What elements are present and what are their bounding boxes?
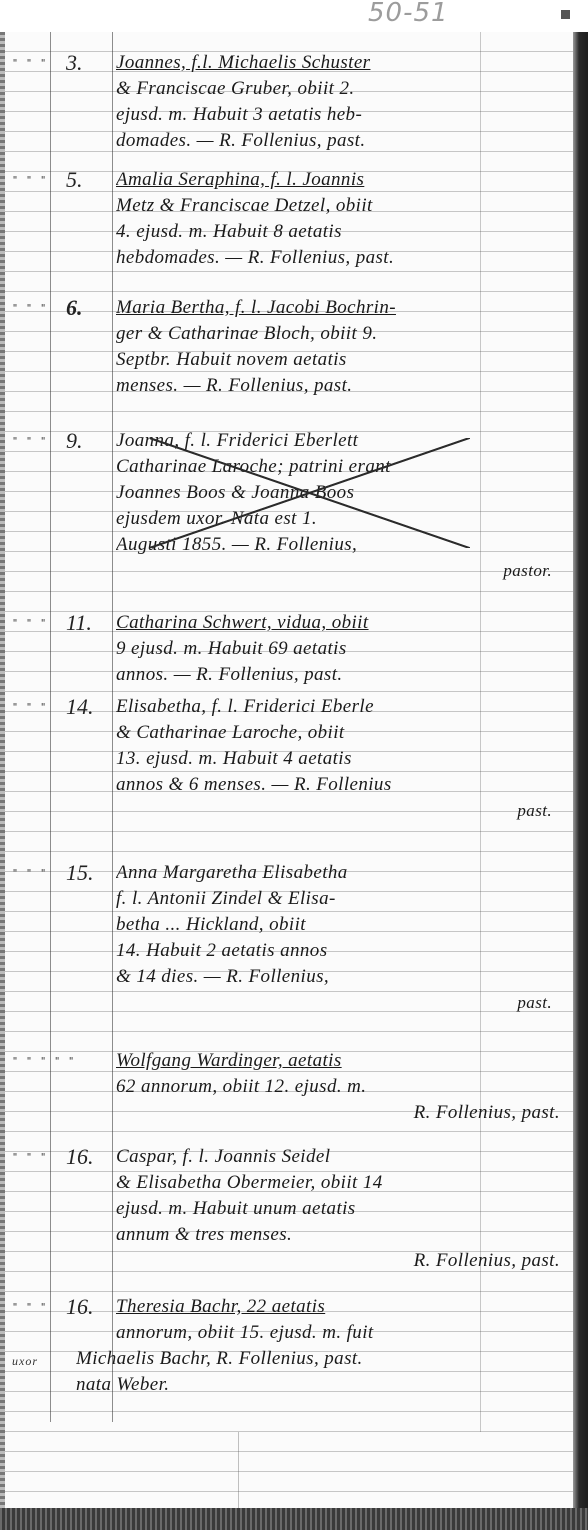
entry-line: Catharina Schwert, vidua, obiit xyxy=(116,610,566,636)
ditto-mark: " " " xyxy=(12,1302,52,1313)
entry-line: Augusti 1855. — R. Follenius, xyxy=(116,532,566,558)
ditto-mark: " " " xyxy=(12,303,52,314)
entry-day: 15. xyxy=(66,860,106,886)
entry-line: Metz & Franciscae Detzel, obiit xyxy=(116,193,566,219)
entry-day: 16. xyxy=(66,1294,106,1320)
entry-line: domades. — R. Follenius, past. xyxy=(116,128,566,154)
entry-signature: R. Follenius, past. xyxy=(116,1100,566,1126)
entry-line: ejusdem uxor. Nata est 1. xyxy=(116,506,566,532)
ditto-mark: " " " xyxy=(12,618,52,629)
entry-line: Amalia Seraphina, f. l. Joannis xyxy=(116,167,566,193)
entry-line: Caspar, f. l. Joannis Seidel xyxy=(116,1144,566,1170)
entry-line: annos. — R. Follenius, past. xyxy=(116,662,566,688)
entry-line: Joannes Boos & Joanna Boos xyxy=(116,480,566,506)
entry-day: 9. xyxy=(66,428,106,454)
entry-line: f. l. Antonii Zindel & Elisa- xyxy=(116,886,566,912)
entry-line: & Franciscae Gruber, obiit 2. xyxy=(116,76,566,102)
entry-line: annorum, obiit 15. ejusd. m. fuit xyxy=(116,1320,566,1346)
day-column-rule xyxy=(112,32,113,1422)
entry-line: Maria Bertha, f. l. Jacobi Bochrin- xyxy=(116,295,566,321)
entry-line: betha ... Hickland, obiit xyxy=(116,912,566,938)
scan-edge-shadow xyxy=(573,32,588,1530)
entry-line: nata Weber. xyxy=(76,1372,566,1398)
entry-day: 14. xyxy=(66,694,106,720)
entry-line: Theresia Bachr, 22 aetatis xyxy=(116,1294,566,1320)
entry-line: menses. — R. Follenius, past. xyxy=(116,373,566,399)
entry-line: Anna Margaretha Elisabetha xyxy=(116,860,566,886)
entry-line: Michaelis Bachr, R. Follenius, past. xyxy=(76,1346,566,1372)
margin-rule xyxy=(50,32,51,1422)
entry-day: 16. xyxy=(66,1144,106,1170)
entry-line: hebdomades. — R. Follenius, past. xyxy=(116,245,566,271)
ditto-mark: " " " xyxy=(12,436,52,447)
entry-line: ger & Catharinae Bloch, obiit 9. xyxy=(116,321,566,347)
entry-day: 5. xyxy=(66,167,106,193)
entry-line: 13. ejusd. m. Habuit 4 aetatis xyxy=(116,746,566,772)
entry-line: & Elisabetha Obermeier, obiit 14 xyxy=(116,1170,566,1196)
register-entry-crossed-out: " " " 9. Joanna, f. l. Friderici Eberlet… xyxy=(0,428,575,588)
entry-line: Wolfgang Wardinger, aetatis xyxy=(116,1048,566,1074)
scan-bottom-edge xyxy=(0,1508,588,1530)
entry-line: Catharinae Laroche; patrini erant xyxy=(116,454,566,480)
ditto-mark: " " " xyxy=(12,175,52,186)
ditto-mark: " " " " " xyxy=(12,1056,112,1067)
entry-line: & Catharinae Laroche, obiit xyxy=(116,720,566,746)
ditto-mark: " " " xyxy=(12,702,52,713)
entry-signature: past. xyxy=(116,798,566,824)
page-number: 50-51 xyxy=(368,0,449,28)
entry-line: 9 ejusd. m. Habuit 69 aetatis xyxy=(116,636,566,662)
entry-signature: past. xyxy=(116,990,566,1016)
entry-line: ejusd. m. Habuit unum aetatis xyxy=(116,1196,566,1222)
register-page: " " " 3. Joannes, f.l. Michaelis Schuste… xyxy=(0,32,575,1530)
entry-line: Elisabetha, f. l. Friderici Eberle xyxy=(116,694,566,720)
entry-day: 3. xyxy=(66,50,106,76)
entry-line: 62 annorum, obiit 12. ejusd. m. xyxy=(116,1074,566,1100)
entry-day: 11. xyxy=(66,610,106,636)
entry-line: ejusd. m. Habuit 3 aetatis heb- xyxy=(116,102,566,128)
entry-line: Joannes, f.l. Michaelis Schuster xyxy=(116,50,566,76)
entry-signature: pastor. xyxy=(116,558,566,584)
entry-line: Joanna, f. l. Friderici Eberlett xyxy=(116,428,566,454)
entry-line: & 14 dies. — R. Follenius, xyxy=(116,964,566,990)
entry-line: 14. Habuit 2 aetatis annos xyxy=(116,938,566,964)
entry-day: 6. xyxy=(66,295,106,321)
ditto-mark: " " " xyxy=(12,868,52,879)
margin-note-uxor: uxor xyxy=(12,1354,52,1369)
ditto-mark: " " " xyxy=(12,1152,52,1163)
ditto-mark: " " " xyxy=(12,58,52,69)
entry-signature: R. Follenius, past. xyxy=(116,1248,566,1274)
scan-corner-mark xyxy=(561,10,570,19)
entry-line: annum & tres menses. xyxy=(116,1222,566,1248)
entry-line: annos & 6 menses. — R. Follenius xyxy=(116,772,566,798)
entry-line: 4. ejusd. m. Habuit 8 aetatis xyxy=(116,219,566,245)
entry-line: Septbr. Habuit novem aetatis xyxy=(116,347,566,373)
